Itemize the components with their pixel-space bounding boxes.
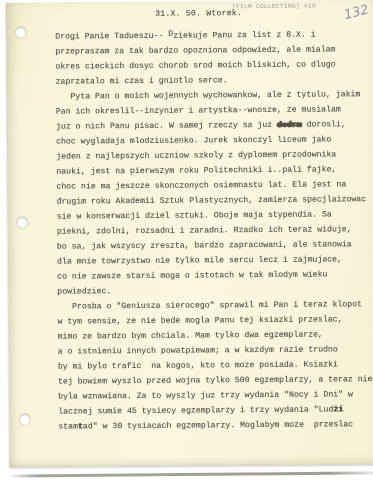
letter-line: co nie zawsze starsi moga o istotach w t… xyxy=(57,267,372,284)
letter-text: Pyta Pan o moich wojennych wychowankow, … xyxy=(56,90,361,101)
letter-paper: [FILM COLLECTING] #20 132 31.X. 50. Wtor… xyxy=(6,0,373,467)
letter-text: dorosli, xyxy=(302,120,346,129)
letter-text: tej bowiem wyszlo przed wojna tylko 500 … xyxy=(58,375,373,386)
letter-line: stamtad" w 30 tysiacach egzemplarzy. Mog… xyxy=(58,417,373,434)
letter-text: w tym sensie, ze nie bede mogla Panu tej… xyxy=(57,315,342,326)
letter-body-text: Drogi Panie Tadueszu-- Dziekuje Panu za … xyxy=(55,27,373,434)
letter-text: ad" w 30 tysiacach egzemplarzy. Moglabym… xyxy=(83,420,353,431)
letter-text: stam xyxy=(58,422,78,431)
letter-text: jeden z najlepszych uczniow szkoly z dyp… xyxy=(56,150,336,161)
letter-text: Drogi Panie Tadueszu-- xyxy=(55,32,168,42)
letter-text: powiedziec. xyxy=(57,287,111,296)
handwritten-page-number: 132 xyxy=(343,2,371,23)
letter-text: co nie zawsze starsi moga o istotach w t… xyxy=(57,270,327,281)
letter-text: choc wygladaja mlodziusienko. Jurek skon… xyxy=(56,135,331,146)
letter-text: ziekuje Panu za list z 8.X. i xyxy=(173,31,316,41)
letter-text: byla wznawiana. Za to wyszly juz trzy wy… xyxy=(58,390,353,401)
letter-text: choc nie ma jeszcze skonczonych osiemnas… xyxy=(56,180,346,191)
letter-text-struck: dedrm xyxy=(277,121,302,130)
letter-text-raised: D xyxy=(168,29,173,38)
letter-text: dla mnie towrzystwo nie tylko mile sercu… xyxy=(57,255,342,266)
letter-text: okres cieckich dosyc chorob srod moich b… xyxy=(55,60,335,71)
letter-text: lacznej sumie 45 tysiecy egzemplarzy i t… xyxy=(58,405,333,416)
letter-text-overtyped: żi xyxy=(333,405,343,414)
letter-line: okres cieckich dosyc chorob srod moich b… xyxy=(55,57,370,74)
letter-date: 31.X. 50. Wtorek. xyxy=(155,9,242,19)
punch-hole xyxy=(19,414,30,425)
letter-text: a o istnieniu innych powatpiewam; a w ka… xyxy=(58,345,338,356)
punch-hole xyxy=(15,27,26,38)
letter-text: mimo ze bardzo bym chciala. Mam tylko dw… xyxy=(58,331,323,342)
letter-text: zaprzatalo mi czas i gniotlo serce. xyxy=(56,76,228,86)
letter-text: Prosba o "Geniusza sierocego" sprawil mi… xyxy=(57,300,362,311)
letter-text: bo sa, jak wszyscy zreszta, bardzo zapra… xyxy=(57,240,352,251)
letter-text: piekni, zdolni, rozsadni i zaradni. Rzad… xyxy=(57,225,352,236)
letter-text: Pan ich okreslil--inzynier i artystka--w… xyxy=(56,105,341,116)
letter-text: by mi bylo trafic na kogos, kto to moze … xyxy=(58,360,338,371)
letter-text: nauki, jest na pierwszym roku Politechni… xyxy=(56,165,336,176)
punch-hole xyxy=(17,217,28,228)
archive-collection-stamp: [FILM COLLECTING] #20 xyxy=(232,3,316,11)
letter-text: przepraszam za tak bardzo opozniona odpo… xyxy=(55,45,335,56)
letter-line: w tym sensie, ze nie bede mogla Panu tej… xyxy=(57,312,372,329)
letter-text: juz o nich Panu pisac. W samej rzeczy sa… xyxy=(56,121,277,132)
letter-text: đrugim roku Akademii Sztuk Plastycznych,… xyxy=(57,195,367,206)
scanner-edge-shadow xyxy=(8,471,373,477)
letter-text: sie w konserwacji dziel sztuki. Oboje ma… xyxy=(57,210,332,221)
